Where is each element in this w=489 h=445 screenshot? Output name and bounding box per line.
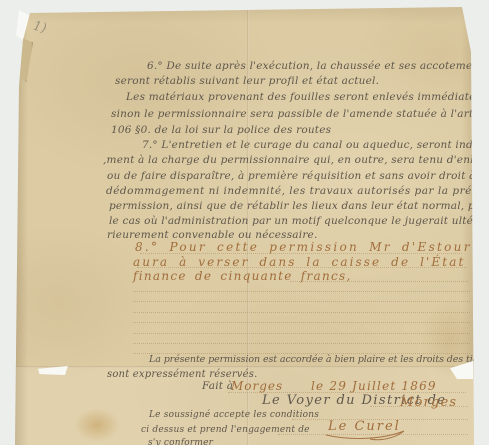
- document-paper: 1) 6.° De suite après l'exécution, la ch…: [0, 0, 489, 445]
- corner-fold: [17, 38, 33, 82]
- handwriting-clause7-line5: permission, ainsi que de rétablir les li…: [109, 201, 489, 212]
- handwriting-clause6-line1: 6.° De suite après l'exécution, la chaus…: [147, 61, 489, 72]
- handwriting-place-morges: Morges: [231, 380, 283, 392]
- scanner-background: 1) 6.° De suite après l'exécution, la ch…: [0, 0, 489, 445]
- handwriting-clause7-line6: le cas où l'administration par un motif …: [109, 216, 477, 227]
- handwriting-clause8-line1: 8.° Pour cette permission Mr d'Estournel: [135, 241, 489, 253]
- paper-left-edge-shade: [14, 30, 28, 445]
- handwriting-clause6-line3: Les matériaux provenant des fouilles ser…: [126, 92, 489, 103]
- handwriting-acceptance-line2: ci dessus et prend l'engagement de: [141, 426, 310, 435]
- paper-right-edge-shade: [461, 0, 477, 365]
- handwriting-date: le 29 Juillet 1869: [311, 380, 437, 392]
- handwriting-clause7-line7: rieurement convenable ou nécessaire.: [107, 230, 318, 241]
- handwriting-clause8-line2: aura à verser dans la caisse de l'État l…: [133, 256, 489, 268]
- handwriting-clause7-line1: 7.° L'entretien et le curage du canal ou…: [142, 140, 489, 151]
- ruled-line: [133, 333, 470, 334]
- ink-stain: [74, 408, 120, 442]
- handwriting-fait-a: Fait à: [202, 381, 233, 392]
- handwriting-clause7-line4: dédommagement ni indemnité, les travaux …: [106, 186, 489, 197]
- handwriting-clause6-line5: 106 §0. de la loi sur la police des rout…: [111, 125, 331, 136]
- pencil-mark: 1): [31, 19, 48, 37]
- handwriting-clause8-line3: finance de cinquante francs,: [133, 270, 352, 282]
- handwriting-closing-line1: La présente permission est accordée à bi…: [149, 355, 487, 365]
- handwriting-clause7-line3: ou de faire disparaître, à première réqu…: [107, 171, 476, 182]
- ruled-line: [133, 322, 470, 323]
- fold-crease-horizontal: [0, 366, 489, 368]
- ruled-line: [133, 312, 470, 313]
- paper-top-edge-shade: [0, 0, 489, 26]
- handwriting-acceptance-line3: s'y conformer: [148, 439, 213, 445]
- handwriting-clause6-line2: seront rétablis suivant leur profil et é…: [115, 76, 379, 87]
- ruled-line: [133, 301, 470, 302]
- handwriting-clause6-line4: sinon le permissionnaire sera passible d…: [111, 109, 473, 120]
- ruled-line: [133, 343, 470, 344]
- tear-left-edge: [38, 366, 68, 375]
- ruled-line: [133, 291, 470, 292]
- handwriting-clause7-line2: ,ment à la charge du permissionnaire qui…: [103, 155, 489, 166]
- signature-flourish: [324, 428, 410, 442]
- handwriting-acceptance-line1: Le soussigné accepte les conditions: [149, 411, 319, 420]
- handwriting-officer-place: Morges: [400, 396, 457, 409]
